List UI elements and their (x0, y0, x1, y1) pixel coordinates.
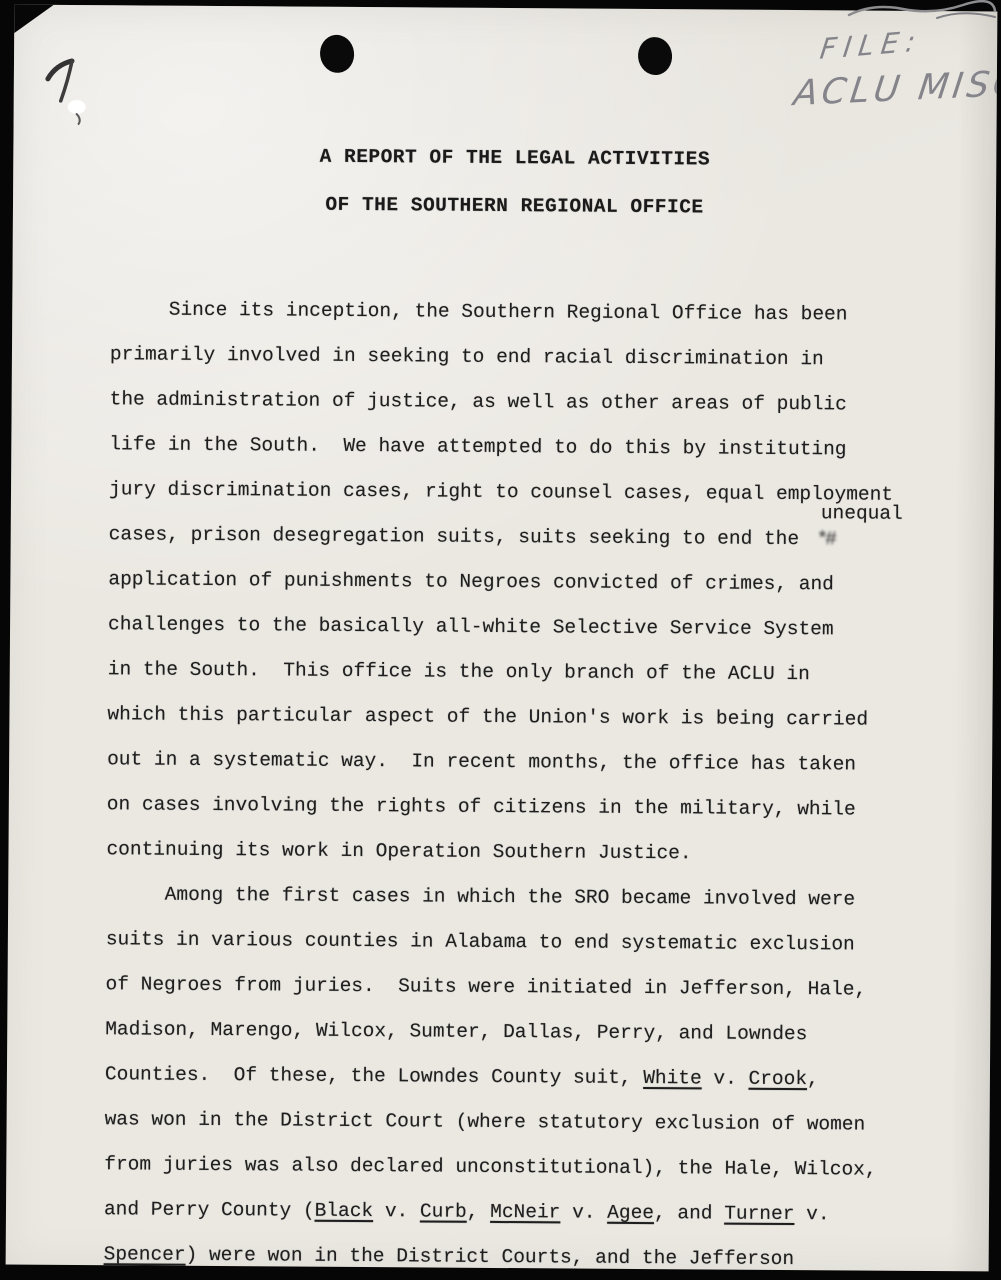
ink-smudge: *# (799, 528, 834, 550)
text-line: of Negroes from juries. Suits were initi… (105, 962, 889, 1012)
case-name: Black (315, 1200, 374, 1222)
punch-hole-left (318, 33, 357, 75)
text-segment: of Negroes from juries. Suits were initi… (105, 973, 866, 1000)
text-line: application of punishments to Negroes co… (108, 557, 892, 607)
handwritten-file-value: ACLU MISC (791, 64, 997, 115)
text-segment: v. (702, 1067, 749, 1089)
text-segment: , and (654, 1202, 724, 1224)
text-line: on cases involving the rights of citizen… (107, 782, 891, 832)
text-segment: Counties. Of these, the Lowndes County s… (105, 1063, 643, 1089)
text-line: challenges to the basically all-white Se… (108, 602, 892, 652)
text-line: Counties. Of these, the Lowndes County s… (105, 1052, 889, 1102)
case-name: Spencer (104, 1243, 186, 1266)
case-name: McNeir (490, 1201, 560, 1223)
text-segment: and Perry County ( (104, 1198, 315, 1221)
text-line: was won in the District Court (where sta… (104, 1097, 888, 1147)
text-segment: application of punishments to Negroes co… (108, 568, 834, 595)
body-text: Since its inception, the Southern Region… (104, 287, 895, 1271)
title-line-1: A REPORT OF THE LEGAL ACTIVITIES (33, 131, 996, 186)
text-segment: v. (560, 1201, 607, 1223)
text-segment: suits in various counties in Alabama to … (106, 928, 855, 955)
title-line-2: OF THE SOUTHERN REGIONAL OFFICE (33, 179, 996, 234)
text-line: primarily involved in seeking to end rac… (110, 332, 894, 382)
text-line: life in the South. We have attempted to … (109, 422, 893, 472)
text-segment: v. (373, 1200, 420, 1222)
folded-corner (12, 5, 56, 35)
text-line: Since its inception, the Southern Region… (110, 287, 894, 337)
text-segment: life in the South. We have attempted to … (109, 433, 846, 460)
text-segment: Madison, Marengo, Wilcox, Sumter, Dallas… (105, 1018, 807, 1045)
text-segment: cases, prison desegregation suits, suits… (109, 523, 800, 550)
document-page: FILE: ACLU MISC A REPORT OF THE LEGAL AC… (6, 5, 998, 1272)
text-line: suits in various counties in Alabama to … (106, 917, 890, 967)
text-segment: on cases involving the rights of citizen… (107, 793, 856, 820)
text-line: jury discrimination cases, right to coun… (109, 467, 893, 517)
case-name: Crook (748, 1068, 807, 1090)
punch-hole-right (636, 35, 674, 76)
text-segment: Since its inception, the Southern Region… (110, 298, 847, 325)
tear-mark (32, 43, 113, 134)
text-segment: v. (794, 1203, 829, 1225)
text-line: the administration of justice, as well a… (109, 377, 893, 427)
text-segment: the administration of justice, as well a… (110, 388, 847, 415)
text-segment: ) were won in the District Courts, and t… (186, 1244, 795, 1270)
text-segment: out in a systematic way. In recent month… (107, 748, 856, 775)
text-segment: , (467, 1201, 491, 1223)
pencil-scribble (845, 0, 1001, 24)
text-line: and Perry County (Black v. Curb, McNeir … (104, 1187, 888, 1237)
case-name: White (643, 1067, 702, 1089)
text-segment: challenges to the basically all-white Se… (108, 613, 834, 640)
text-segment: Among the first cases in which the SRO b… (106, 883, 855, 910)
text-segment: , (807, 1068, 819, 1090)
text-segment: continuing its work in Operation Souther… (106, 838, 691, 864)
text-segment: from juries was also declared unconstitu… (104, 1153, 876, 1180)
case-name: Turner (724, 1203, 794, 1225)
scan-background: { "colors": { "scan_background": "#06060… (0, 0, 1001, 1280)
text-line: which this particular aspect of the Unio… (107, 692, 891, 742)
case-name: Agee (607, 1202, 654, 1224)
text-line: continuing its work in Operation Souther… (106, 827, 890, 877)
text-line: in the South. This office is the only br… (108, 647, 892, 697)
text-line: cases, prison desegregation suits, suits… (109, 512, 893, 562)
text-line: out in a systematic way. In recent month… (107, 737, 891, 787)
text-segment: primarily involved in seeking to end rac… (110, 343, 824, 370)
case-name: Curb (420, 1200, 467, 1222)
text-segment: jury discrimination cases, right to coun… (109, 478, 893, 505)
text-line: Among the first cases in which the SRO b… (106, 872, 890, 922)
text-line: from juries was also declared unconstitu… (104, 1142, 888, 1192)
handwritten-file-label: FILE: (818, 24, 924, 66)
text-line: Spencer) were won in the District Courts… (104, 1232, 888, 1271)
text-line: Madison, Marengo, Wilcox, Sumter, Dallas… (105, 1007, 889, 1057)
text-segment: was won in the District Court (where sta… (105, 1108, 866, 1135)
text-segment: in the South. This office is the only br… (108, 658, 810, 685)
text-segment: which this particular aspect of the Unio… (107, 703, 868, 730)
typed-insertion-above-line: unequal (821, 502, 903, 525)
document-title: A REPORT OF THE LEGAL ACTIVITIES OF THE … (13, 131, 997, 234)
